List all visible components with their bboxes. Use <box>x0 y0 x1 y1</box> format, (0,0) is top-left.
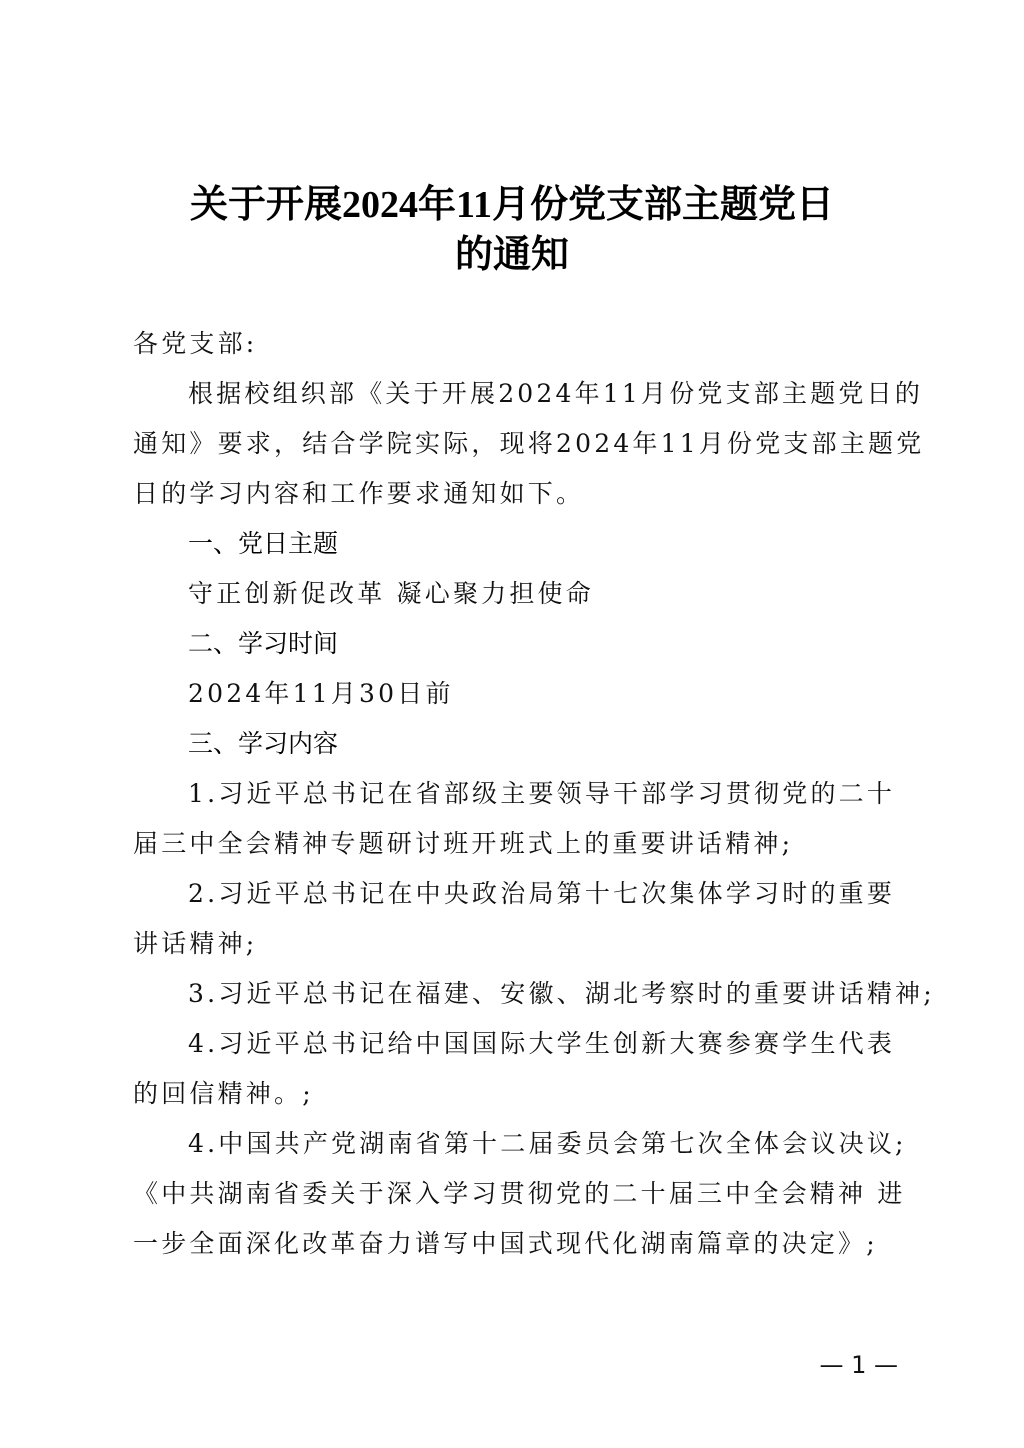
document-page: 关于开展2024年11月份党支部主题党日 的通知 各党支部: 根据校组织部《关于… <box>0 0 1024 1448</box>
section-heading-content: 三、学习内容 <box>188 727 338 761</box>
item-2-line-2: 讲话精神; <box>133 927 895 961</box>
intro-line-2: 通知》要求，结合学院实际，现将2024年11月份党支部主题党 <box>133 427 895 461</box>
item-4-line-1: 4.习近平总书记给中国国际大学生创新大赛参赛学生代表 <box>188 1027 895 1061</box>
item-3-line-1: 3.习近平总书记在福建、安徽、湖北考察时的重要讲话精神; <box>188 977 895 1011</box>
theme-text: 守正创新促改革 凝心聚力担使命 <box>188 577 895 611</box>
intro-line-3: 日的学习内容和工作要求通知如下。 <box>133 477 895 511</box>
intro-line-1: 根据校组织部《关于开展2024年11月份党支部主题党日的 <box>188 377 895 411</box>
item-4-line-2: 的回信精神。; <box>133 1077 895 1111</box>
item-5-line-3: 一步全面深化改革奋力谱写中国式现代化湖南篇章的决定》; <box>133 1227 895 1261</box>
section-heading-time: 二、学习时间 <box>188 627 338 661</box>
item-5-line-1: 4.中国共产党湖南省第十二届委员会第七次全体会议决议; <box>188 1127 895 1161</box>
item-1-line-1: 1.习近平总书记在省部级主要领导干部学习贯彻党的二十 <box>188 777 895 811</box>
time-text: 2024年11月30日前 <box>188 677 895 711</box>
item-1-line-2: 届三中全会精神专题研讨班开班式上的重要讲话精神; <box>133 827 895 861</box>
section-heading-theme: 一、党日主题 <box>188 527 338 561</box>
salutation: 各党支部: <box>133 327 895 361</box>
item-5-line-2: 《中共湖南省委关于深入学习贯彻党的二十届三中全会精神 进 <box>133 1177 895 1211</box>
item-2-line-1: 2.习近平总书记在中央政治局第十七次集体学习时的重要 <box>188 877 895 911</box>
page-number: — 1 — <box>819 1351 898 1379</box>
document-title-line-2: 的通知 <box>0 226 1024 284</box>
